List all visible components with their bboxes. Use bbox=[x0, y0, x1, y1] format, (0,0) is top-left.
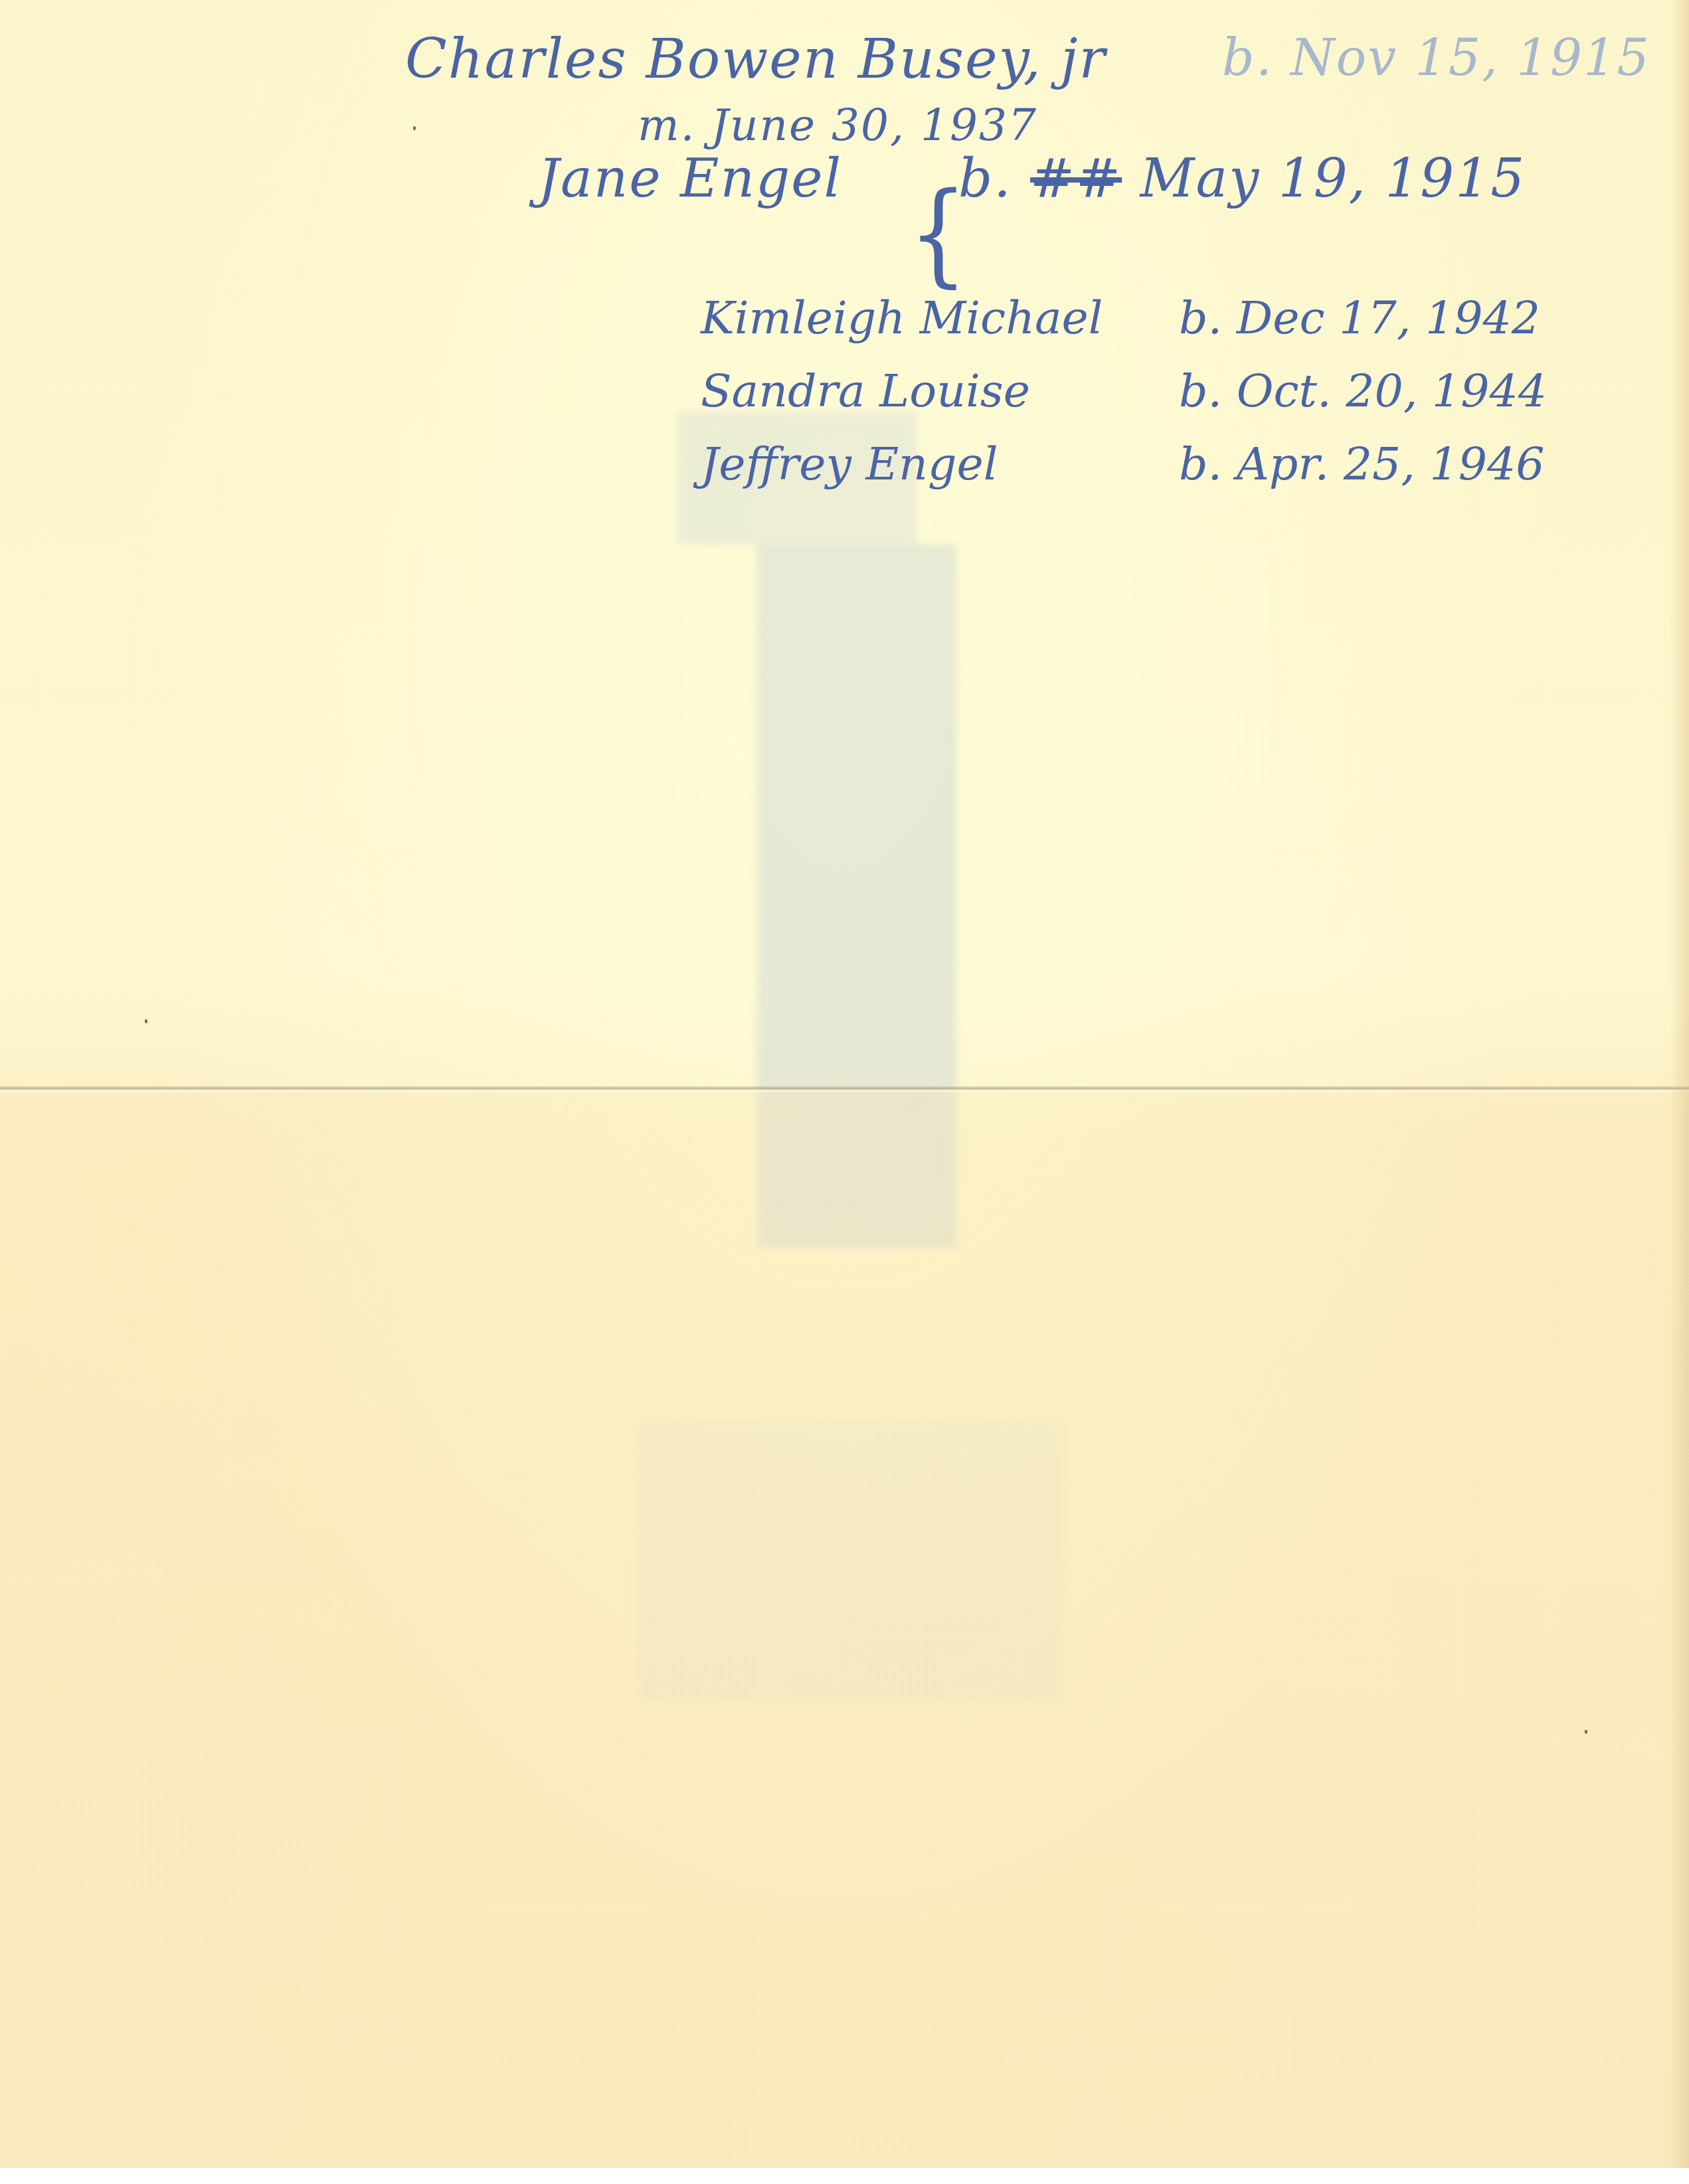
paper-stain bbox=[0, 1092, 1689, 2168]
child-name: Jeffrey Engel bbox=[701, 438, 1179, 491]
paper-speck bbox=[413, 126, 416, 130]
child-name: Sandra Louise bbox=[701, 365, 1179, 418]
paper-speck bbox=[1585, 1730, 1587, 1734]
struck-text: ## bbox=[1030, 147, 1122, 209]
child-birth: b. Apr. 25, 1946 bbox=[1179, 438, 1544, 491]
paper-edge bbox=[1669, 0, 1689, 2168]
husband-name: Charles Bowen Busey, jr bbox=[405, 28, 1107, 91]
child-birth: b. Dec 17, 1942 bbox=[1179, 292, 1540, 345]
child-name: Kimleigh Michael bbox=[701, 292, 1179, 345]
child-birth: b. Oct. 20, 1944 bbox=[1179, 365, 1547, 418]
child-entry: Sandra Louise b. Oct. 20, 1944 bbox=[701, 365, 1547, 418]
husband-birth: b. Nov 15, 1915 bbox=[1222, 28, 1650, 87]
child-entry: Kimleigh Michael b. Dec 17, 1942 bbox=[701, 292, 1540, 345]
wife-name: Jane Engel bbox=[538, 147, 842, 209]
child-entry: Jeffrey Engel b. Apr. 25, 1946 bbox=[701, 438, 1544, 491]
paper-speck bbox=[145, 1019, 147, 1023]
paper-sheet: Charles Bowen Busey, jr b. Nov 15, 1915 … bbox=[0, 0, 1689, 2168]
fold-crease bbox=[0, 1086, 1689, 1093]
wife-birth-date: May 19, 1915 bbox=[1140, 147, 1526, 209]
marriage-date: m. June 30, 1937 bbox=[638, 100, 1037, 151]
wife-line: Jane Engel b. ## May 19, 1915 bbox=[538, 147, 1526, 209]
family-brace: { bbox=[909, 169, 968, 299]
